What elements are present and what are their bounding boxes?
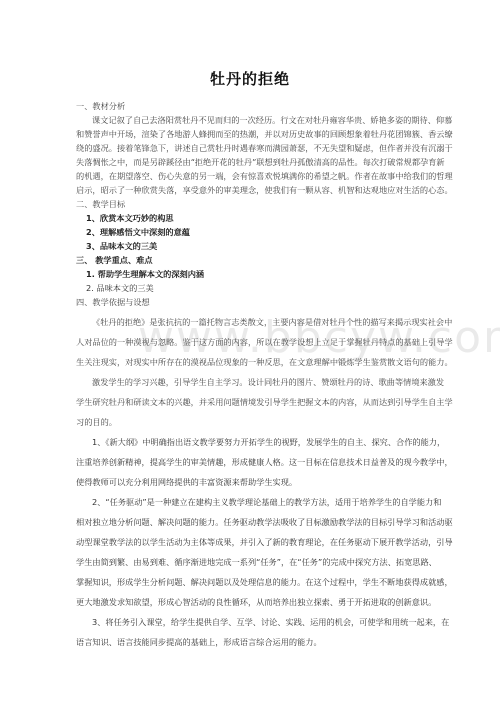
text-line: 相对独立地分析问题、解决问题的能力。任务驱动教学法吸收了目标激励教学法的目标引导… — [76, 517, 453, 527]
text-line: 更大地激发求知欲望，形成心智活动的良性循环，从而培养出独立探索、勇于开拓进取的创… — [76, 597, 436, 607]
text-line: 启示，昭示了一种欣赏失落，享受意外的审美理念，使我们有一颗从容、机智和达观地应对… — [76, 185, 453, 195]
text-line: 2. 品味本文的三美 — [86, 283, 154, 293]
text-line: 三、 教学重点、难点 — [76, 255, 153, 265]
text-line: 和赞誉声中开场，渲染了各地游人蜂拥而至的热潮，并以对历史故事的回顾想象着牡丹花团… — [76, 129, 453, 139]
text-line: 一、教材分析 — [76, 101, 125, 111]
text-line: 1、《新大纲》中明确指出语文教学要努力开拓学生的视野，发展学生的自主、探究、合作… — [92, 437, 445, 447]
text-line: 2、“任务驱动”是一种建立在建构主义教学理论基础上的教学方法，适用于培养学生的自… — [92, 497, 441, 507]
text-line: 失落惆怅之中，而是另辟蹊径由“拒绝开花的牡丹”联想到牡丹孤傲清高的品性。每次打破… — [76, 157, 445, 167]
text-line: 《牡丹的拒绝》是张抗抗的一篇托物言志类散文，主要内容是借对牡丹个性的描写来揭示现… — [92, 317, 452, 327]
text-line: 语言知识、语言技能同步提高的基础上，形成语言综合运用的能力。 — [76, 637, 322, 647]
text-line: 人对品位的一种漠视与忽略。鉴于这方面的内容，所以在教学设想上立足于掌握牡丹特点的… — [76, 337, 453, 347]
text-line: 绕的盛况。接着笔锋急下，讲述自己赏牡丹时遇春寒而满园萧瑟，不无失望和疑虑，但作者… — [76, 143, 453, 153]
text-line: 3、将任务引入课堂，给学生提供自学、互学、讨论、实践、运用的机会，可使学和用统一… — [92, 617, 449, 627]
text-line: 动型课堂教学法的以学生活动为主体等成果，并引入了新的教育理论，在任务驱动下展开教… — [76, 537, 453, 547]
text-line: 课文记叙了自己去洛阳赏牡丹不见而归的一次经历。行文在对牡丹雍容华贵、娇艳多姿的期… — [92, 115, 452, 125]
text-line: 掌握知识，形成学生分析问题、解决问题以及处理信息的能力。在这个过程中，学生不断地… — [76, 577, 453, 587]
document-page: www.bbcyw.com 牡丹的拒绝 一、教材分析课文记叙了自己去洛阳赏牡丹不… — [0, 0, 500, 708]
text-line: 学生研究牡丹和研读文本的兴趣，并采用问题情境发引导学生把握文本的内容，从而达到引… — [76, 397, 453, 407]
text-line: 1. 帮助学生理解本文的深刻内涵 — [86, 269, 204, 279]
text-line: 2、理解感悟文中深刻的意蕴 — [86, 227, 190, 237]
text-line: 注重培养创新精神，提高学生的审美情趣，形成健康人格。这一目标在信息技术日益普及的… — [76, 457, 453, 467]
text-line: 四、教学依据与设想 — [76, 297, 150, 307]
text-line: 1、欣赏本文巧妙的构思 — [86, 213, 174, 223]
text-line: 激发学生的学习兴趣，引导学生自主学习。设计同牡丹的图片、赞颂牡丹的诗、歌曲等情境… — [92, 377, 444, 387]
text-line: 二、教学目标 — [76, 199, 125, 209]
text-line: 的机遇，在期望落空、伤心失意的另一端，会有惊喜欢悦填满你的希望之帆。作者在故事中… — [76, 171, 453, 181]
text-line: 习的目的。 — [76, 417, 117, 427]
text-line: 学生由简到繁、由易到难、循序渐进地完成一系列“任务”，在“任务”的完成中探究方法… — [76, 557, 437, 567]
text-line: 3、品味本文的三美 — [86, 241, 157, 251]
text-line: 生关注现实，对现实中所存在的漠视品位现象的一种反思，在文意理解中锻炼学生鉴赏散文… — [76, 357, 453, 367]
page-title: 牡丹的拒绝 — [0, 68, 500, 89]
text-line: 使得教师可以充分利用网络提供的丰富资源来帮助学生实现。 — [76, 477, 297, 487]
